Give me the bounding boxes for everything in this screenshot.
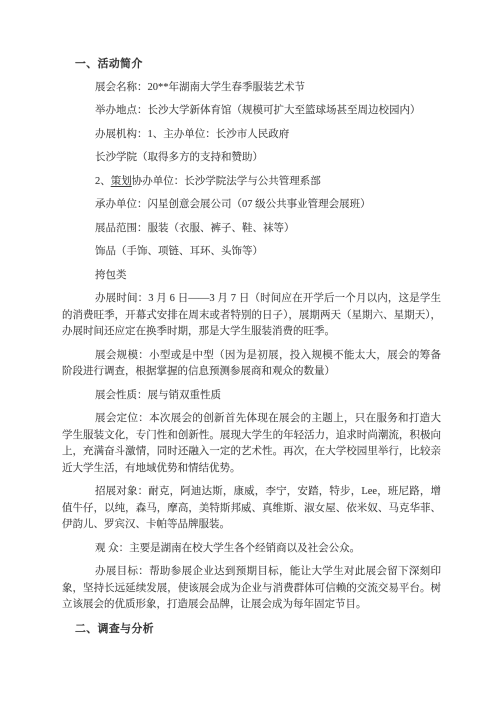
paragraph: 长沙学院（取得多方的支持和赞助） bbox=[62, 150, 441, 167]
text-segment: 招展对象：耐克，阿迪达斯，康威，李宁，安踏，特步，Lee，班尼路，增值牛仔，以纯… bbox=[62, 486, 441, 530]
paragraph: 举办地点：长沙大学新体育馆（规模可扩大至篮球场甚至周边校园内） bbox=[62, 103, 441, 120]
text-segment: 2、 bbox=[95, 176, 111, 187]
text-segment: 展会定位：本次展会的创新首先体现在展会的主题上，只在服务和打造大学生服装文化，专… bbox=[62, 413, 441, 474]
section-heading: 一、活动简介 bbox=[75, 56, 441, 73]
text-segment: 办展时间：3 月 6 日——3 月 7 日（时间应在开学后一个月以内，这是学生的… bbox=[62, 293, 441, 337]
text-segment: 展会性质：展与销双重性质 bbox=[95, 390, 221, 401]
underlined-text: 策划 bbox=[111, 176, 132, 187]
text-segment: 承办单位：闪星创意会展公司（07 级公共事业管理会展班） bbox=[95, 199, 371, 210]
paragraph: 展会性质：展与销双重性质 bbox=[62, 388, 441, 405]
document-body: 一、活动简介展会名称：20**年湖南大学生春季服装艺术节举办地点：长沙大学新体育… bbox=[62, 56, 441, 644]
text-segment: 展品范围：服装（衣服、裤子、鞋、袜等） bbox=[95, 223, 295, 234]
text-segment: 挎包类 bbox=[95, 270, 127, 281]
paragraph: 展品范围：服装（衣服、裤子、鞋、袜等） bbox=[62, 221, 441, 238]
text-segment: 办展目标：帮助参展企业达到预期目标，能让大学生对此展会留下深刻印象，坚持长远延续… bbox=[62, 566, 441, 610]
paragraph: 展会规模：小型或是中型（因为是初展，投入规模不能太大，展会的筹备阶段进行调查，根… bbox=[62, 348, 441, 381]
text-segment: 展会名称：20**年湖南大学生春季服装艺术节 bbox=[95, 82, 305, 93]
text-segment: 饰品（手饰、项链、耳环、头饰等） bbox=[95, 246, 263, 257]
paragraph: 展会定位：本次展会的创新首先体现在展会的主题上，只在服务和打造大学生服装文化，专… bbox=[62, 411, 441, 477]
paragraph: 办展机构：1、主办单位：长沙市人民政府 bbox=[62, 127, 441, 144]
text-segment: 协办单位：长沙学院法学与公共管理系部 bbox=[132, 176, 321, 187]
section-heading: 二、调查与分析 bbox=[75, 621, 441, 638]
text-segment: 二、调查与分析 bbox=[75, 623, 154, 635]
text-segment: 展会规模：小型或是中型（因为是初展，投入规模不能太大，展会的筹备阶段进行调查，根… bbox=[62, 350, 441, 378]
paragraph: 2、策划协办单位：长沙学院法学与公共管理系部 bbox=[62, 174, 441, 191]
paragraph: 观 众：主要是湖南在校大学生各个经销商以及社会公众。 bbox=[62, 541, 441, 558]
text-segment: 办展机构：1、主办单位：长沙市人民政府 bbox=[95, 129, 289, 140]
text-segment: 观 众：主要是湖南在校大学生各个经销商以及社会公众。 bbox=[95, 543, 360, 554]
paragraph: 饰品（手饰、项链、耳环、头饰等） bbox=[62, 244, 441, 261]
document-page: 一、活动简介展会名称：20**年湖南大学生春季服装艺术节举办地点：长沙大学新体育… bbox=[0, 0, 500, 708]
text-segment: 长沙学院（取得多方的支持和赞助） bbox=[95, 152, 263, 163]
text-segment: 举办地点：长沙大学新体育馆（规模可扩大至篮球场甚至周边校园内） bbox=[95, 105, 421, 116]
paragraph: 承办单位：闪星创意会展公司（07 级公共事业管理会展班） bbox=[62, 197, 441, 214]
paragraph: 办展目标：帮助参展企业达到预期目标，能让大学生对此展会留下深刻印象，坚持长远延续… bbox=[62, 564, 441, 614]
paragraph: 招展对象：耐克，阿迪达斯，康威，李宁，安踏，特步，Lee，班尼路，增值牛仔，以纯… bbox=[62, 484, 441, 534]
paragraph: 办展时间：3 月 6 日——3 月 7 日（时间应在开学后一个月以内，这是学生的… bbox=[62, 291, 441, 341]
paragraph: 挎包类 bbox=[62, 268, 441, 285]
paragraph: 展会名称：20**年湖南大学生春季服装艺术节 bbox=[62, 80, 441, 97]
text-segment: 一、活动简介 bbox=[75, 58, 143, 70]
